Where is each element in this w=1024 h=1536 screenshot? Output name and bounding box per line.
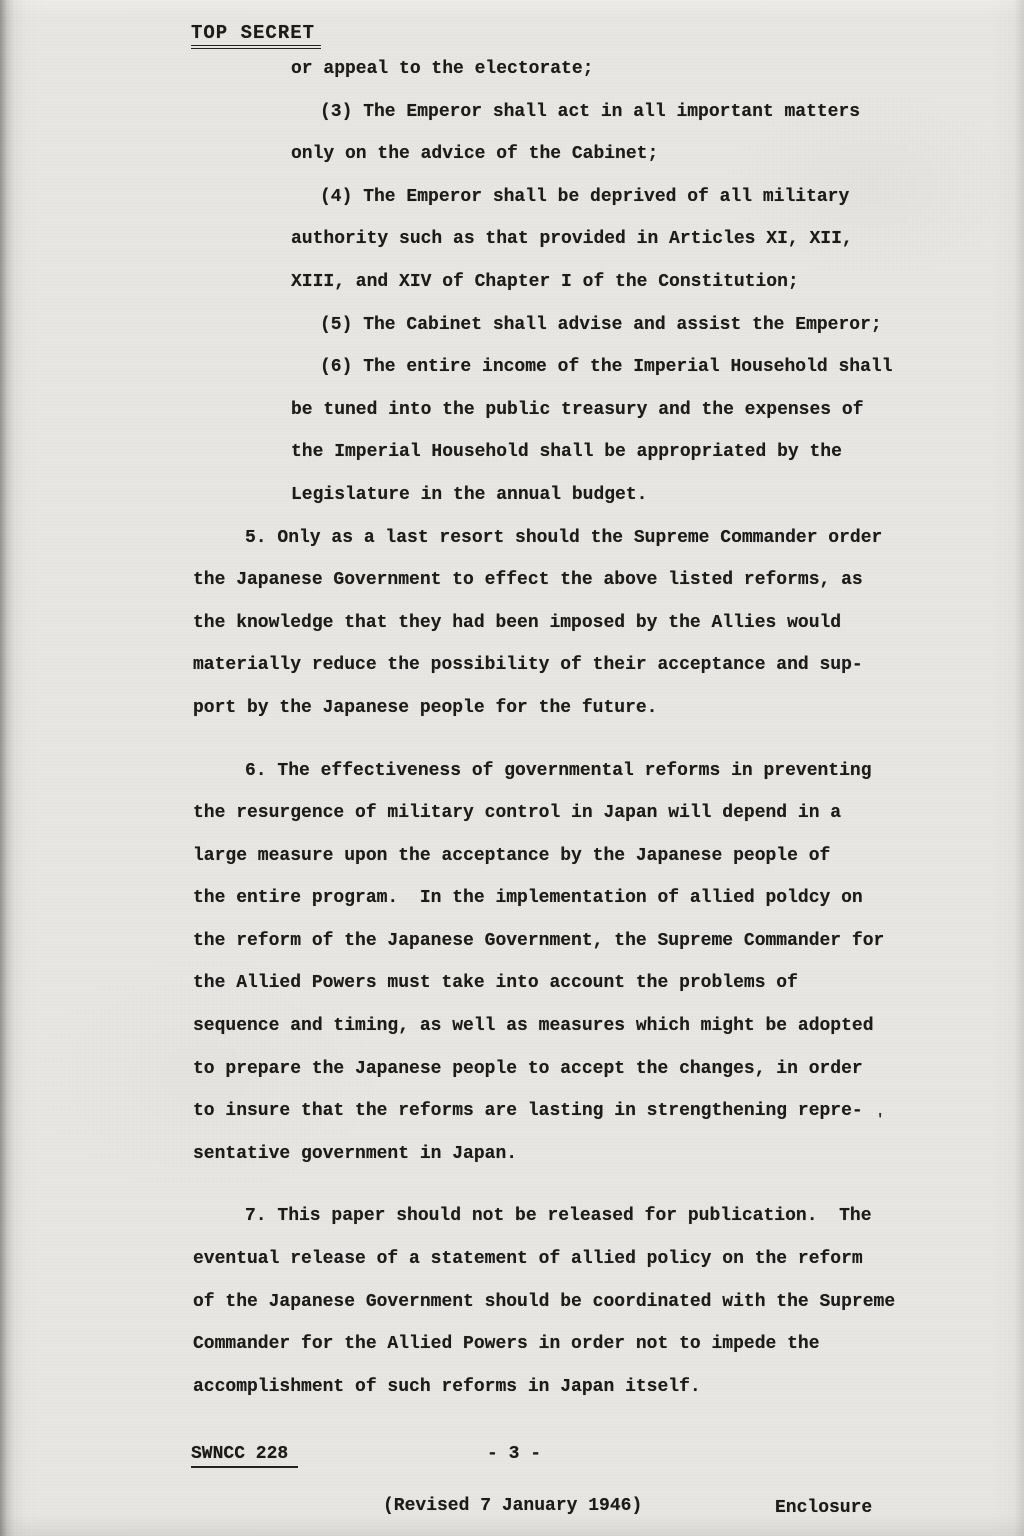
document-line: large measure upon the acceptance by the… (193, 835, 964, 878)
document-line: the resurgence of military control in Ja… (193, 792, 964, 835)
document-line: materially reduce the possibility of the… (193, 644, 964, 687)
document-line: (6) The entire income of the Imperial Ho… (193, 346, 964, 389)
document-line: the knowledge that they had been imposed… (193, 602, 964, 645)
stray-scan-mark: ' (876, 1112, 884, 1128)
document-line: (4) The Emperor shall be deprived of all… (193, 176, 964, 219)
document-line: the Japanese Government to effect the ab… (193, 559, 964, 602)
document-line: the entire program. In the implementatio… (193, 877, 964, 920)
document-line: accomplishment of such reforms in Japan … (193, 1366, 964, 1409)
document-line: the Imperial Household shall be appropri… (193, 431, 964, 474)
document-page: TOP SECRET or appeal to the electorate;(… (0, 0, 1024, 1536)
classification-stamp: TOP SECRET (191, 22, 321, 49)
document-line: port by the Japanese people for the futu… (193, 687, 964, 730)
document-line: of the Japanese Government should be coo… (193, 1281, 964, 1324)
document-line: be tuned into the public treasury and th… (193, 389, 964, 432)
document-line: or appeal to the electorate; (193, 48, 964, 91)
footer-page-number: - 3 - (487, 1444, 541, 1464)
footer-document-reference: SWNCC 228 (191, 1444, 298, 1468)
document-line: sentative government in Japan. (193, 1133, 964, 1176)
footer-revision-date: (Revised 7 January 1946) (383, 1496, 642, 1516)
document-line: 7. This paper should not be released for… (193, 1195, 964, 1238)
document-line: the Allied Powers must take into account… (193, 962, 964, 1005)
document-body: or appeal to the electorate;(3) The Empe… (193, 48, 964, 1408)
document-line: XIII, and XIV of Chapter I of the Consti… (193, 261, 964, 304)
document-line: authority such as that provided in Artic… (193, 218, 964, 261)
document-line: to prepare the Japanese people to accept… (193, 1048, 964, 1091)
document-line: 5. Only as a last resort should the Supr… (193, 517, 964, 560)
document-line: (5) The Cabinet shall advise and assist … (193, 304, 964, 347)
document-line: the reform of the Japanese Government, t… (193, 920, 964, 963)
document-line: sequence and timing, as well as measures… (193, 1005, 964, 1048)
document-line: (3) The Emperor shall act in all importa… (193, 91, 964, 134)
document-line: eventual release of a statement of allie… (193, 1238, 964, 1281)
document-line: only on the advice of the Cabinet; (193, 133, 964, 176)
footer-enclosure-label: Enclosure (775, 1498, 872, 1518)
document-line: 6. The effectiveness of governmental ref… (193, 750, 964, 793)
document-line: to insure that the reforms are lasting i… (193, 1090, 964, 1133)
document-line: Commander for the Allied Powers in order… (193, 1323, 964, 1366)
document-line: Legislature in the annual budget. (193, 474, 964, 517)
